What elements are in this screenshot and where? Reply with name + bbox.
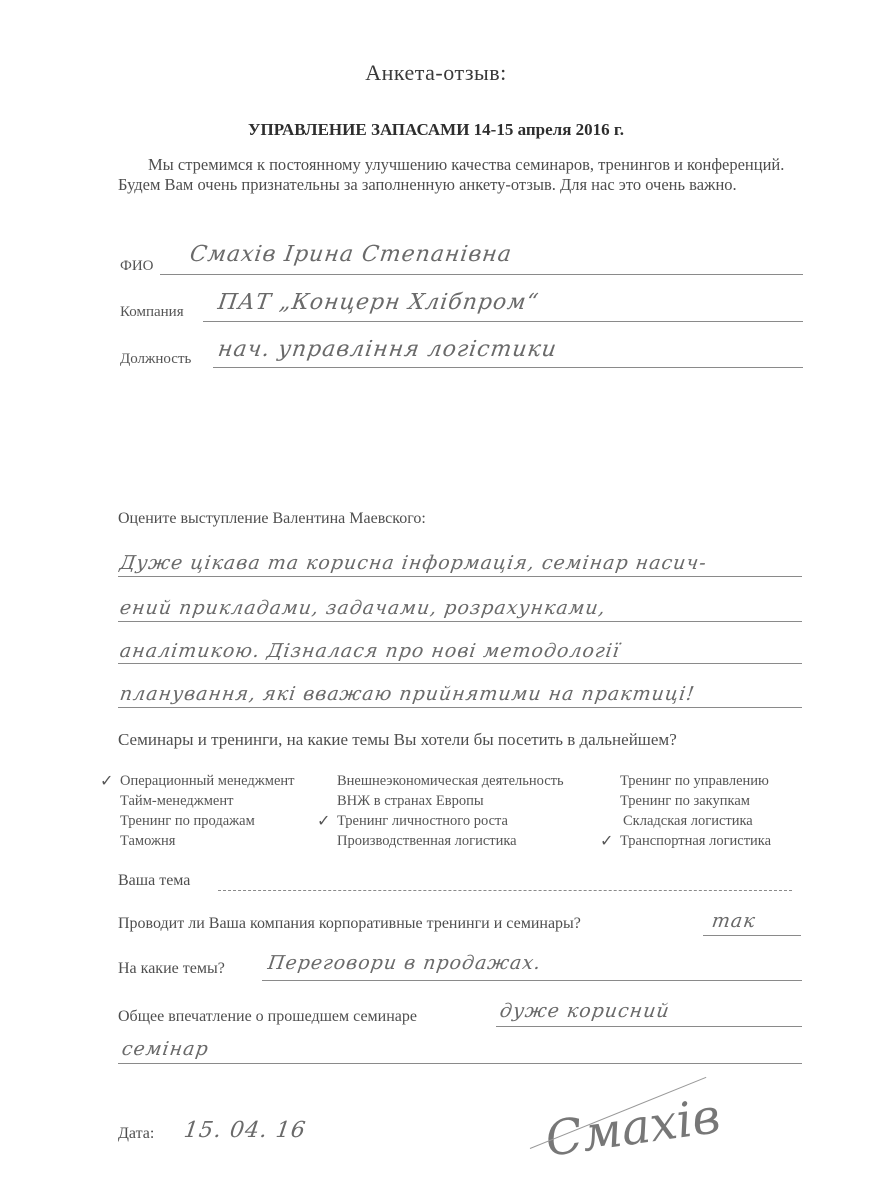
topic-option[interactable]: Тренинг по управлению <box>620 773 769 790</box>
fio-label: ФИО <box>120 258 154 275</box>
impression-underline-1 <box>496 1026 802 1027</box>
which-topics-value[interactable]: Переговори в продажах. <box>266 952 542 974</box>
topic-option[interactable]: Таможня <box>120 833 175 850</box>
corporate-underline <box>703 935 801 936</box>
your-topic-label: Ваша тема <box>118 872 190 890</box>
topic-option[interactable]: Операционный менеджмент <box>120 773 295 790</box>
fio-value[interactable]: Смахів Ірина Степанівна <box>188 242 513 267</box>
topic-option[interactable]: Тренинг личностного роста <box>337 813 508 830</box>
topic-option[interactable]: ВНЖ в странах Европы <box>337 793 484 810</box>
topic-option[interactable]: Тайм-менеджмент <box>120 793 233 810</box>
intro-text: Мы стремимся к постоянному улучшению кач… <box>118 155 808 195</box>
topic-option[interactable]: Транспортная логистика <box>620 833 771 850</box>
intro-paragraph: Мы стремимся к постоянному улучшению кач… <box>118 155 808 195</box>
topic-option[interactable]: Тренинг по продажам <box>120 813 255 830</box>
impression-underline-2 <box>118 1063 802 1064</box>
company-label: Компания <box>120 304 184 321</box>
company-underline <box>203 321 803 322</box>
event-subtitle: УПРАВЛЕНИЕ ЗАПАСАМИ 14-15 апреля 2016 г. <box>0 120 872 140</box>
rating-line-4 <box>118 707 802 708</box>
rating-answer-line-3[interactable]: аналітикою. Дізналася про нові методолог… <box>118 640 621 662</box>
impression-value-2[interactable]: семінар <box>120 1038 210 1060</box>
company-value[interactable]: ПАТ „Концерн Хлібпром“ <box>216 290 540 315</box>
signature[interactable]: Смахів <box>542 1088 724 1168</box>
date-label: Дата: <box>118 1125 154 1143</box>
impression-label: Общее впечатление о прошедшем семинаре <box>118 1008 417 1026</box>
topic-option[interactable]: Внешнеэкономическая деятельность <box>337 773 564 790</box>
position-value[interactable]: нач. управління логістики <box>216 337 558 362</box>
topic-option[interactable]: Производственная логистика <box>337 833 517 850</box>
rating-question: Оцените выступление Валентина Маевского: <box>118 510 426 528</box>
topics-question: Семинары и тренинги, на какие темы Вы хо… <box>118 730 677 750</box>
your-topic-input[interactable] <box>218 890 792 891</box>
topic-option[interactable]: Складская логистика <box>623 813 753 830</box>
which-topics-underline <box>262 980 802 981</box>
impression-value-1[interactable]: дуже корисний <box>498 1000 671 1022</box>
position-underline <box>213 367 803 368</box>
checkmark-icon: ✓ <box>100 771 113 790</box>
rating-line-3 <box>118 663 802 664</box>
corporate-question: Проводит ли Ваша компания корпоративные … <box>118 915 581 933</box>
rating-line-1 <box>118 576 802 577</box>
form-title: Анкета-отзыв: <box>0 60 872 86</box>
date-value[interactable]: 15. 04. 16 <box>182 1118 307 1143</box>
rating-line-2 <box>118 621 802 622</box>
rating-answer-line-1[interactable]: Дуже цікава та корисна інформація, семін… <box>118 552 708 574</box>
rating-answer-line-2[interactable]: ений прикладами, задачами, розрахунками, <box>118 597 607 619</box>
fio-underline <box>160 274 803 275</box>
checkmark-icon: ✓ <box>600 831 613 850</box>
corporate-answer[interactable]: так <box>710 910 757 932</box>
which-topics-label: На какие темы? <box>118 960 225 978</box>
checkmark-icon: ✓ <box>317 811 330 830</box>
rating-answer-line-4[interactable]: планування, які вважаю прийнятими на пра… <box>118 683 696 705</box>
position-label: Должность <box>120 351 191 368</box>
topic-option[interactable]: Тренинг по закупкам <box>620 793 750 810</box>
